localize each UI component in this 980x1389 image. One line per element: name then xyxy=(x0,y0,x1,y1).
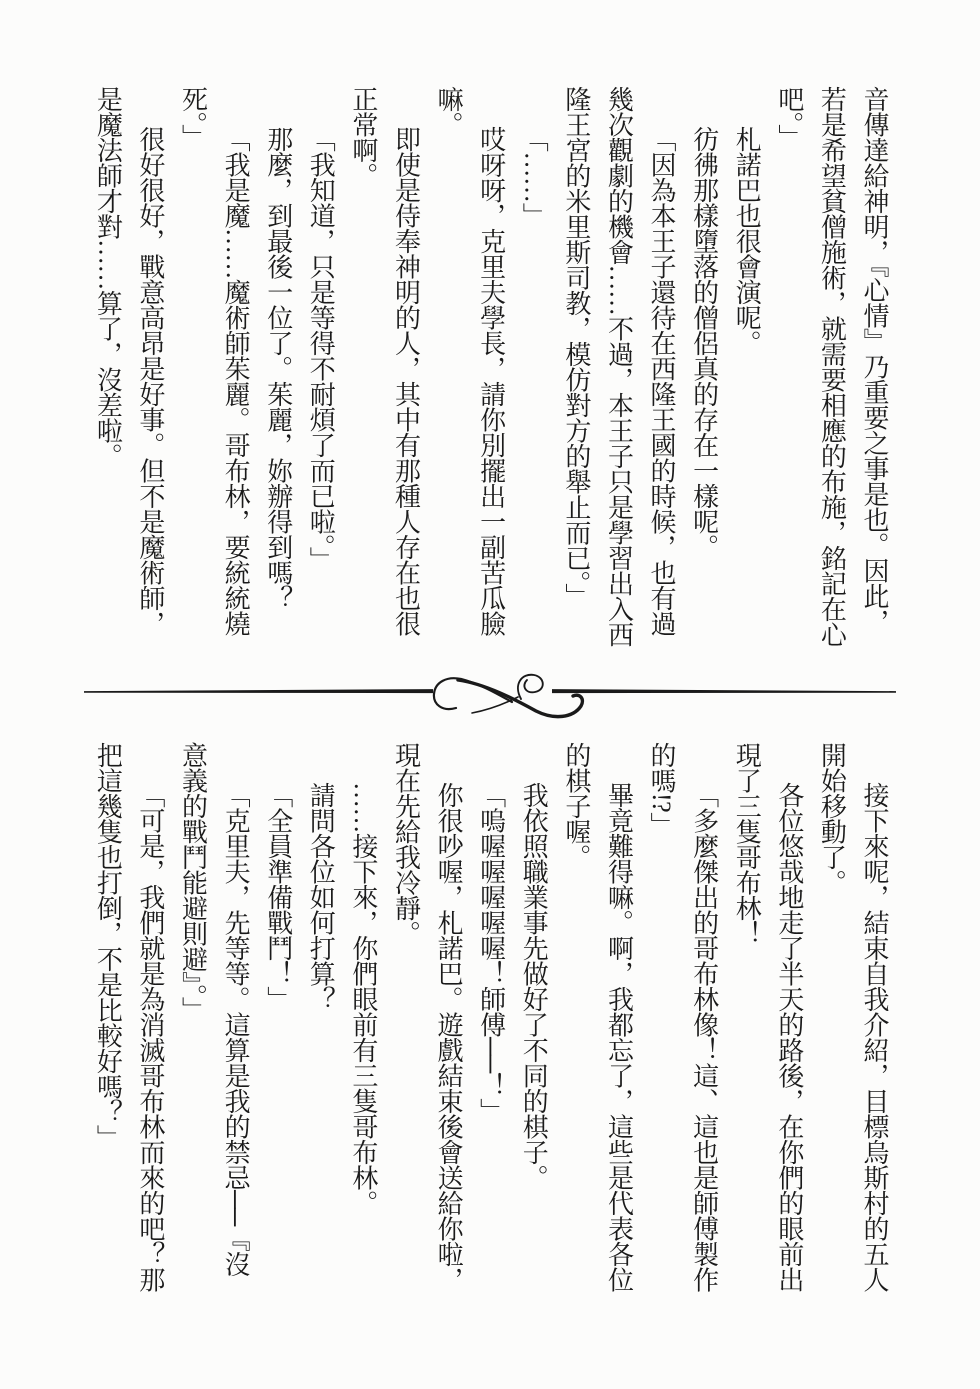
text-line: 死。」 xyxy=(171,86,214,664)
text-line: 「我知道，只是等得不耐煩了而已啦。」 xyxy=(299,86,342,664)
text-line: 彷彿那樣墮落的僧侶真的存在一樣呢。 xyxy=(682,86,725,664)
text-line: 開始移動了。 xyxy=(810,742,853,1320)
book-page: 音傳達給神明，『心情』乃重要之事是也。因此，若是希望貧僧施術，就需要相應的布施，… xyxy=(0,0,980,1389)
text-line: 把這幾隻也打倒，不是比較好嗎？」 xyxy=(86,742,129,1320)
text-section-bottom: 接下來呢，結束自我介紹，目標烏斯村的五人開始移動了。各位悠哉地走了半天的路後，在… xyxy=(86,742,895,1320)
text-line: 音傳達給神明，『心情』乃重要之事是也。因此， xyxy=(852,86,895,664)
text-line: 現在先給我冷靜。 xyxy=(384,742,427,1320)
text-line: 那麼，到最後一位了。茱麗，妳辦得到嗎？ xyxy=(256,86,299,664)
text-line: 「嗚喔喔喔喔喔！師傅──！」 xyxy=(469,742,512,1320)
text-line: 隆王宮的米里斯司教，模仿對方的舉止而已。」 xyxy=(554,86,597,664)
text-line: 若是希望貧僧施術，就需要相應的布施，銘記在心 xyxy=(810,86,853,664)
text-line: 吧。」 xyxy=(767,86,810,664)
flourish-divider-icon xyxy=(84,666,896,722)
text-line: 請問各位如何打算？ xyxy=(299,742,342,1320)
text-line: 「可是，我們就是為消滅哥布林而來的吧？那 xyxy=(128,742,171,1320)
section-divider xyxy=(84,666,896,722)
text-line: 畢竟難得嘛。啊，我都忘了，這些是代表各位 xyxy=(597,742,640,1320)
text-line: 是魔法師才對……算了，沒差啦。 xyxy=(86,86,129,664)
text-line: 的棋子喔。 xyxy=(554,742,597,1320)
text-section-top: 音傳達給神明，『心情』乃重要之事是也。因此，若是希望貧僧施術，就需要相應的布施，… xyxy=(86,86,895,664)
text-line: 各位悠哉地走了半天的路後，在你們的眼前出 xyxy=(767,742,810,1320)
text-line: 你很吵喔，札諾巴。遊戲結束後會送給你啦， xyxy=(426,742,469,1320)
text-line: 即使是侍奉神明的人，其中有那種人存在也很 xyxy=(384,86,427,664)
text-line: 正常啊。 xyxy=(341,86,384,664)
text-line: 現了三隻哥布林！ xyxy=(725,742,768,1320)
text-line: 的嗎!?」 xyxy=(639,742,682,1320)
text-line: 意義的戰鬥能避則避』。」 xyxy=(171,742,214,1320)
text-line: 我依照職業事先做好了不同的棋子。 xyxy=(512,742,555,1320)
text-line: 「因為本王子還待在西隆王國的時候，也有過 xyxy=(639,86,682,664)
text-line: 很好很好，戰意高昂是好事。但不是魔術師， xyxy=(128,86,171,664)
text-line: 「多麼傑出的哥布林像！這、這也是師傅製作 xyxy=(682,742,725,1320)
text-line: 「……」 xyxy=(512,86,555,664)
text-line: 「克里夫，先等等。這算是我的禁忌──『沒 xyxy=(214,742,257,1320)
text-line: 接下來呢，結束自我介紹，目標烏斯村的五人 xyxy=(852,742,895,1320)
text-line: 哎呀呀，克里夫學長，請你別擺出一副苦瓜臉 xyxy=(469,86,512,664)
text-line: ……接下來，你們眼前有三隻哥布林。 xyxy=(341,742,384,1320)
text-line: 嘛。 xyxy=(426,86,469,664)
text-line: 「我是魔……魔術師茱麗。哥布林，要統統燒 xyxy=(214,86,257,664)
text-line: 「全員準備戰鬥！」 xyxy=(256,742,299,1320)
text-line: 札諾巴也很會演呢。 xyxy=(725,86,768,664)
text-line: 幾次觀劇的機會……不過，本王子只是學習出入西 xyxy=(597,86,640,664)
